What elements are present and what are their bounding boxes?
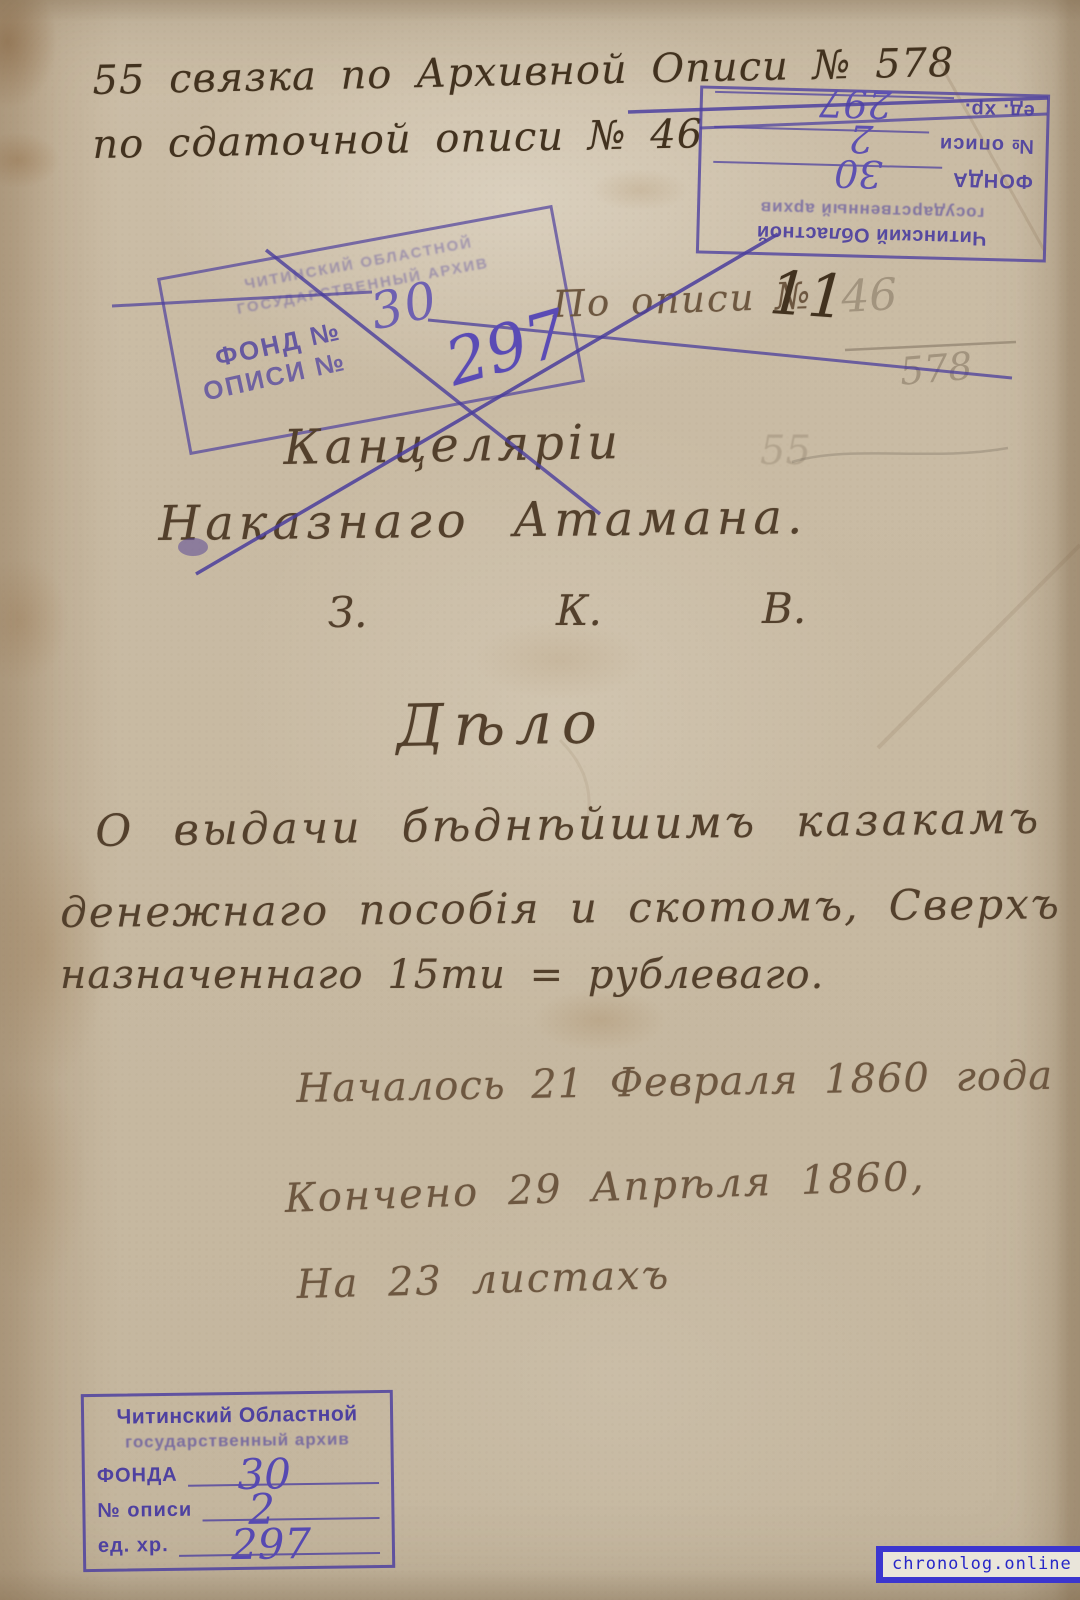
- stamp-edhr-label: ед. хр.: [98, 1534, 169, 1558]
- archive-stamp-top-inverted: Читинский Областной государственный архи…: [696, 85, 1050, 262]
- archive-stamp-bottom: Читинский Областной государственный архи…: [81, 1390, 395, 1572]
- stamp-edhr-value: 297: [819, 84, 893, 124]
- watermark-badge: chronolog.online: [876, 1546, 1080, 1583]
- stamp-fond-line: 30: [187, 1454, 379, 1487]
- initial-z: З.: [328, 588, 368, 637]
- pencil-number-578: 578: [898, 344, 974, 394]
- stamp-org-line1: Читинский Областной: [711, 219, 1031, 250]
- case-description-line3: назначеннаго 15ти = рублеваго.: [60, 952, 824, 998]
- ataman-title: Наказнаго Атамана.: [158, 489, 808, 552]
- opis-number-ink: 11: [767, 258, 848, 333]
- stamp-org-line1: Читинский Областной: [96, 1402, 378, 1430]
- document-page: 55 связка по Архивной Описи № 578 по сда…: [0, 0, 1080, 1600]
- stamp-edhr-value: 297: [231, 1523, 312, 1566]
- stamp-fond-label: ФОНДА: [97, 1464, 178, 1488]
- stamp-edhr-label: ед. хр.: [964, 97, 1035, 122]
- stamp-row-opis: № описи 2: [97, 1491, 379, 1523]
- stamp-fond-line: 30: [713, 161, 943, 197]
- opis-number-pencil: 46: [840, 269, 899, 323]
- sheet-count-line: На 23 листахъ: [296, 1252, 671, 1308]
- stamp-row-edhr: ед. хр. 297: [714, 91, 1035, 127]
- case-description-line2: денежнаго пособія и скотомъ, Сверхъ: [60, 879, 1061, 937]
- stamp-opis-label: № описи: [97, 1499, 192, 1523]
- stamp-row-opis: № описи 2: [713, 126, 1034, 162]
- stamp-opis-line: 2: [713, 126, 929, 162]
- stamp-opis-label: № описи: [939, 132, 1034, 157]
- delo-heading: Дѣло: [396, 688, 607, 760]
- faint-pencil-55: 55: [760, 428, 811, 474]
- stamp-edhr-line: 297: [178, 1524, 380, 1557]
- stamp-row-edhr: ед. хр. 297: [98, 1526, 380, 1558]
- watermark-text: chronolog.online: [883, 1552, 1080, 1577]
- stamp-opis-line: 2: [202, 1489, 380, 1521]
- stamp-edhr-line: 297: [714, 91, 954, 127]
- initial-k: К.: [556, 586, 602, 635]
- initial-v: В.: [762, 584, 806, 633]
- stamp-row-fond: ФОНДА 30: [97, 1456, 379, 1488]
- stamp-fond-label: ФОНДА: [952, 167, 1033, 192]
- stamp-row-fond: ФОНДА 30: [713, 161, 1034, 197]
- chancellery-title: Канцеляріи: [283, 414, 623, 476]
